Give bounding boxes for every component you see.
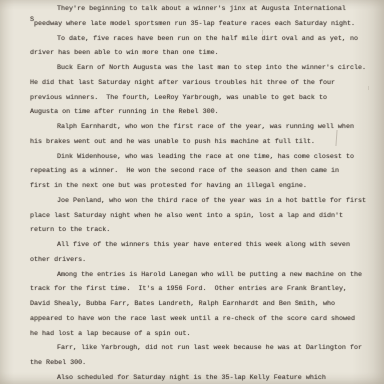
typewritten-document-page: They're beginning to talk about a winner… xyxy=(0,0,384,384)
text-line: Augusta on time after running in the Reb… xyxy=(30,105,366,120)
text-line: repeating as a winner. He won the second… xyxy=(30,164,366,179)
paper-scratch xyxy=(368,86,369,90)
text-line: Farr, like Yarbrough, did not run last w… xyxy=(30,341,366,356)
text-line: They're beginning to talk about a winner… xyxy=(30,2,366,17)
text-line: He did that last Saturday night after va… xyxy=(30,76,366,91)
text-line: previous winners. The fourth, LeeRoy Yar… xyxy=(30,91,366,106)
text-line: Buck Earn of North Augusta was the last … xyxy=(30,61,366,76)
text-line: Among the entries is Harold Lanegan who … xyxy=(30,268,366,283)
text-line: other drivers. xyxy=(30,253,366,268)
text-line: Speedway where late model sportsmen run … xyxy=(30,17,366,32)
text-line: first in the next one but was protested … xyxy=(30,179,366,194)
text-line: track for the first time. It's a 1956 Fo… xyxy=(30,282,366,297)
text-line: his brakes went out and he was unable to… xyxy=(30,135,366,150)
text-line: To date, five races have been run on the… xyxy=(30,32,366,47)
text-line: David Shealy, Bubba Farr, Bates Landreth… xyxy=(30,297,366,312)
text-line: driver has been able to win more than on… xyxy=(30,46,366,61)
text-line: return to the track. xyxy=(30,223,366,238)
text-line: Also scheduled for Saturday night is the… xyxy=(30,371,366,384)
text-line: appeared to have won the race last week … xyxy=(30,312,366,327)
text-line: he had lost a lap because of a spin out. xyxy=(30,327,366,342)
text-line: All five of the winners this year have e… xyxy=(30,238,366,253)
raised-letter: S xyxy=(30,13,34,28)
text-line: the Rebel 300. xyxy=(30,356,366,371)
text-line: place last Saturday night when he also w… xyxy=(30,209,366,224)
text-line: Ralph Earnhardt, who won the first race … xyxy=(30,120,366,135)
text-line: Joe Penland, who won the third race of t… xyxy=(30,194,366,209)
typewritten-page: They're beginning to talk about a winner… xyxy=(30,2,366,384)
text-line: Dink Widenhouse, who was leading the rac… xyxy=(30,150,366,165)
